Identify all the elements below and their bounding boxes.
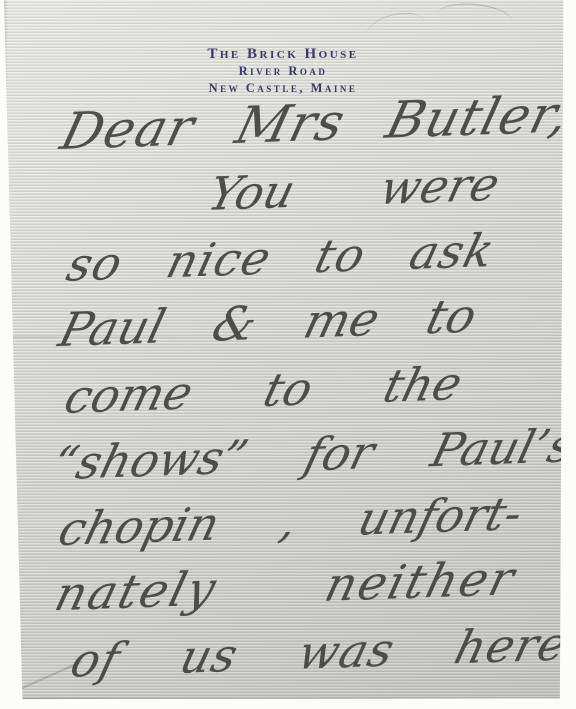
letterhead-street: River Road	[0, 64, 566, 80]
letterhead-house-name: The Brick House	[0, 46, 566, 63]
crease-mark-top-right	[437, 0, 513, 35]
paper-fold-crease	[0, 336, 576, 338]
paper-bottom-edge-shadow	[0, 696, 576, 701]
scanned-letter: The Brick House River Road New Castle, M…	[0, 0, 576, 709]
letter-paper: The Brick House River Road New Castle, M…	[0, 0, 576, 709]
paper-left-edge-shadow	[3, 0, 8, 709]
handwritten-text: Dear Mrs Butler, — You were so nice to a…	[0, 102, 576, 696]
